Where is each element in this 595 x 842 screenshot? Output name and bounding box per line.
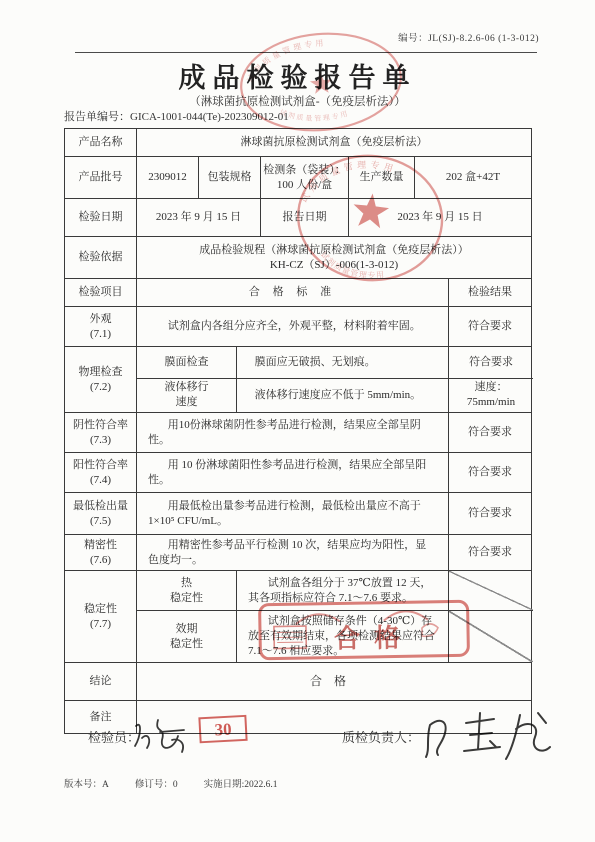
- item-result: 符合要求: [449, 453, 531, 492]
- report-date-value: 2023 年 9 月 15 日: [349, 199, 531, 236]
- item-code: (7.3): [90, 433, 111, 448]
- item-name-text: 稳定性: [84, 602, 117, 617]
- conclusion-value: 合格: [137, 663, 531, 700]
- sub-row-membrane: 膜面检查 膜面应无破损、无划痕。 符合要求: [137, 347, 533, 379]
- item-standard-text: 试剂盒内各组分应齐全，外观平整，材料附着牢固。: [139, 317, 446, 336]
- version-label: 版本号：: [64, 780, 102, 790]
- sub-label-line1: 效期: [176, 622, 198, 637]
- item-name: 阳性符合率 (7.4): [65, 453, 137, 492]
- inspector-label: 检验员：: [88, 727, 140, 746]
- footer: 版本号：A 修订号：0 实施日期:2022.6.1: [64, 776, 278, 790]
- sub-label-line1: 热: [181, 576, 192, 591]
- footer-revision: 修订号：0: [135, 776, 178, 790]
- item-code: (7.7): [90, 617, 111, 632]
- item-standard: 用精密性参考品平行检测 10 次，结果应均为阳性，显色度均一。: [137, 535, 449, 570]
- item-result: 符合要求: [449, 307, 531, 346]
- item-code: (7.5): [90, 514, 111, 529]
- sub-label: 热 稳定性: [137, 571, 237, 610]
- item-row-detection-limit: 最低检出量 (7.5) 用最低检出量参考品进行检测，最低检出量应不高于 1×10…: [65, 493, 531, 535]
- page-subtitle: （淋球菌抗原检测试剂盒-（免疫层析法））: [0, 93, 595, 109]
- item-name-text: 最低检出量: [73, 499, 128, 514]
- implementation-date-value: 2022.6.1: [244, 780, 277, 790]
- table-row: 检验日期 2023 年 9 月 15 日 报告日期 2023 年 9 月 15 …: [65, 199, 531, 237]
- sub-result-line2: 75mm/min: [467, 395, 515, 410]
- col-standard-header: 合 格 标 准: [137, 279, 449, 306]
- sub-result-na-slash: [449, 571, 533, 610]
- item-standard: 试剂盒内各组分应齐全，外观平整，材料附着牢固。: [137, 307, 449, 346]
- item-name: 最低检出量 (7.5): [65, 493, 137, 534]
- test-date-value: 2023 年 9 月 15 日: [137, 199, 261, 236]
- item-name-text: 阴性符合率: [73, 418, 128, 433]
- sub-result-line1: 速度：: [475, 380, 508, 395]
- version-value: A: [102, 780, 109, 790]
- item-standard-text: 用精密性参考品平行检测 10 次，结果应均为阳性，显色度均一。: [139, 536, 446, 570]
- item-name-text: 物理检查: [79, 365, 123, 380]
- item-name-text: 精密性: [84, 538, 117, 553]
- sub-label: 液体移行 速度: [137, 379, 237, 412]
- item-row-appearance: 外观 (7.1) 试剂盒内各组分应齐全，外观平整，材料附着牢固。 符合要求: [65, 307, 531, 347]
- sub-rows: 热 稳定性 试剂盒各组分于 37℃放置 12 天，其各项指标应符合 7.1～7.…: [137, 571, 533, 662]
- pack-value-line1: 检测条（袋装）：: [263, 163, 346, 178]
- sub-rows: 膜面检查 膜面应无破损、无划痕。 符合要求 液体移行 速度 液体移行速度应不低于…: [137, 347, 533, 412]
- sub-standard-text: 试剂盒各组分于 37℃放置 12 天，其各项指标应符合 7.1～7.6 要求。: [239, 574, 446, 608]
- item-code: (7.4): [90, 473, 111, 488]
- sub-result-na-slash: [449, 611, 533, 662]
- sub-result: 符合要求: [449, 347, 533, 378]
- report-number-label: 报告单编号：: [64, 111, 130, 123]
- footer-version: 版本号：A: [64, 776, 109, 790]
- item-standard: 用最低检出量参考品进行检测，最低检出量应不高于 1×10⁵ CFU/mL。: [137, 493, 449, 534]
- item-row-precision: 精密性 (7.6) 用精密性参考品平行检测 10 次，结果应均为阳性，显色度均一…: [65, 535, 531, 571]
- item-result: 符合要求: [449, 493, 531, 534]
- product-name-value: 淋球菌抗原检测试剂盒（免疫层析法）: [137, 129, 531, 156]
- item-standard-text: 用10份淋球菌阴性参考品进行检测，结果应全部呈阴性。: [139, 416, 446, 450]
- batch-value: 2309012: [137, 157, 199, 198]
- doc-number-value: JL(SJ)-8.2.6-06 (1-3-012): [428, 34, 539, 44]
- report-number-value: GICA-1001-044(Te)-202309012-01: [130, 111, 289, 123]
- sub-row-migration: 液体移行 速度 液体移行速度应不低于 5mm/min。 速度： 75mm/min: [137, 379, 533, 412]
- page-title: 成品检验报告单: [0, 56, 595, 95]
- pack-label: 包装规格: [199, 157, 261, 198]
- qc-manager-label: 质检负责人：: [342, 727, 420, 746]
- pack-value-line2: 100 人份/盒: [277, 178, 332, 193]
- sub-standard-text: 液体移行速度应不低于 5mm/min。: [239, 386, 446, 405]
- revision-label: 修订号：: [135, 780, 173, 790]
- basis-value: 成品检验规程（淋球菌抗原检测试剂盒（免疫层析法）） KH-CZ（SJ）-006(…: [137, 237, 531, 278]
- col-item-header: 检验项目: [65, 279, 137, 306]
- sub-label-line2: 稳定性: [170, 591, 203, 606]
- revision-value: 0: [173, 780, 178, 790]
- sub-label-line2: 速度: [176, 395, 198, 410]
- table-row: 产品批号 2309012 包装规格 检测条（袋装）： 100 人份/盒 生产数量…: [65, 157, 531, 199]
- conclusion-row: 结论 合格: [65, 663, 531, 701]
- batch-label: 产品批号: [65, 157, 137, 198]
- product-name-label: 产品名称: [65, 129, 137, 156]
- report-date-label: 报告日期: [261, 199, 349, 236]
- item-row-positive: 阳性符合率 (7.4) 用 10 份淋球菌阳性参考品进行检测，结果应全部呈阳性。…: [65, 453, 531, 493]
- item-result: 符合要求: [449, 413, 531, 452]
- item-name-text: 外观: [90, 312, 112, 327]
- inspection-report-page: 编号：JL(SJ)-8.2.6-06 (1-3-012) 成品检验报告单 （淋球…: [0, 0, 595, 842]
- sub-standard: 试剂盒按照储存条件（4-30℃）存放至有效期结束，各项检测结果应符合 7.1～7…: [237, 611, 449, 662]
- item-row-physical: 物理检查 (7.2) 膜面检查 膜面应无破损、无划痕。 符合要求 液体移行 速度: [65, 347, 531, 413]
- report-number: 报告单编号：GICA-1001-044(Te)-202309012-01: [64, 108, 289, 124]
- sub-standard: 膜面应无破损、无划痕。: [237, 347, 449, 378]
- conclusion-label: 结论: [65, 663, 137, 700]
- item-code: (7.2): [90, 380, 111, 395]
- item-row-negative: 阴性符合率 (7.3) 用10份淋球菌阴性参考品进行检测，结果应全部呈阴性。 符…: [65, 413, 531, 453]
- qty-value: 202 盒+42T: [415, 157, 531, 198]
- table-row: 检验依据 成品检验规程（淋球菌抗原检测试剂盒（免疫层析法）） KH-CZ（SJ）…: [65, 237, 531, 279]
- sub-label: 膜面检查: [137, 347, 237, 378]
- sub-standard-text: 试剂盒按照储存条件（4-30℃）存放至有效期结束，各项检测结果应符合 7.1～7…: [239, 612, 446, 661]
- sub-result: 速度： 75mm/min: [449, 379, 533, 412]
- table-header-row: 检验项目 合 格 标 准 检验结果: [65, 279, 531, 307]
- basis-line1: 成品检验规程（淋球菌抗原检测试剂盒（免疫层析法））: [199, 243, 469, 258]
- test-date-label: 检验日期: [65, 199, 137, 236]
- basis-line2: KH-CZ（SJ）-006(1-3-012): [270, 258, 398, 273]
- item-standard: 用10份淋球菌阴性参考品进行检测，结果应全部呈阴性。: [137, 413, 449, 452]
- implementation-date-label: 实施日期:: [204, 780, 245, 790]
- item-name: 精密性 (7.6): [65, 535, 137, 570]
- basis-label: 检验依据: [65, 237, 137, 278]
- item-standard-text: 用 10 份淋球菌阳性参考品进行检测，结果应全部呈阳性。: [139, 456, 446, 490]
- footer-date: 实施日期:2022.6.1: [204, 776, 278, 790]
- remarks-value: [137, 701, 531, 733]
- item-code: (7.1): [90, 327, 111, 342]
- sub-label-line2: 稳定性: [170, 637, 203, 652]
- sub-standard: 试剂盒各组分于 37℃放置 12 天，其各项指标应符合 7.1～7.6 要求。: [237, 571, 449, 610]
- col-result-header: 检验结果: [449, 279, 531, 306]
- pack-value: 检测条（袋装）： 100 人份/盒: [261, 157, 349, 198]
- sub-standard-text: 膜面应无破损、无划痕。: [239, 353, 446, 372]
- item-result: 符合要求: [449, 535, 531, 570]
- table-row: 产品名称 淋球菌抗原检测试剂盒（免疫层析法）: [65, 129, 531, 157]
- report-table: 产品名称 淋球菌抗原检测试剂盒（免疫层析法） 产品批号 2309012 包装规格…: [64, 128, 532, 734]
- qty-label: 生产数量: [349, 157, 415, 198]
- doc-number: 编号：JL(SJ)-8.2.6-06 (1-3-012): [398, 30, 539, 44]
- sub-row-heat-stability: 热 稳定性 试剂盒各组分于 37℃放置 12 天，其各项指标应符合 7.1～7.…: [137, 571, 533, 611]
- sub-row-shelf-stability: 效期 稳定性 试剂盒按照储存条件（4-30℃）存放至有效期结束，各项检测结果应符…: [137, 611, 533, 662]
- item-name: 阴性符合率 (7.3): [65, 413, 137, 452]
- sub-label: 效期 稳定性: [137, 611, 237, 662]
- sub-label-line1: 液体移行: [165, 380, 209, 395]
- item-name: 稳定性 (7.7): [65, 571, 137, 662]
- item-standard: 用 10 份淋球菌阳性参考品进行检测，结果应全部呈阳性。: [137, 453, 449, 492]
- item-name: 外观 (7.1): [65, 307, 137, 346]
- doc-number-label: 编号：: [398, 34, 428, 44]
- item-row-stability: 稳定性 (7.7) 热 稳定性 试剂盒各组分于 37℃放置 12 天，其各项指标…: [65, 571, 531, 663]
- item-name-text: 阳性符合率: [73, 458, 128, 473]
- item-code: (7.6): [90, 553, 111, 568]
- item-standard-text: 用最低检出量参考品进行检测，最低检出量应不高于 1×10⁵ CFU/mL。: [139, 497, 446, 531]
- item-name: 物理检查 (7.2): [65, 347, 137, 412]
- header-divider: [75, 52, 537, 53]
- sub-standard: 液体移行速度应不低于 5mm/min。: [237, 379, 449, 412]
